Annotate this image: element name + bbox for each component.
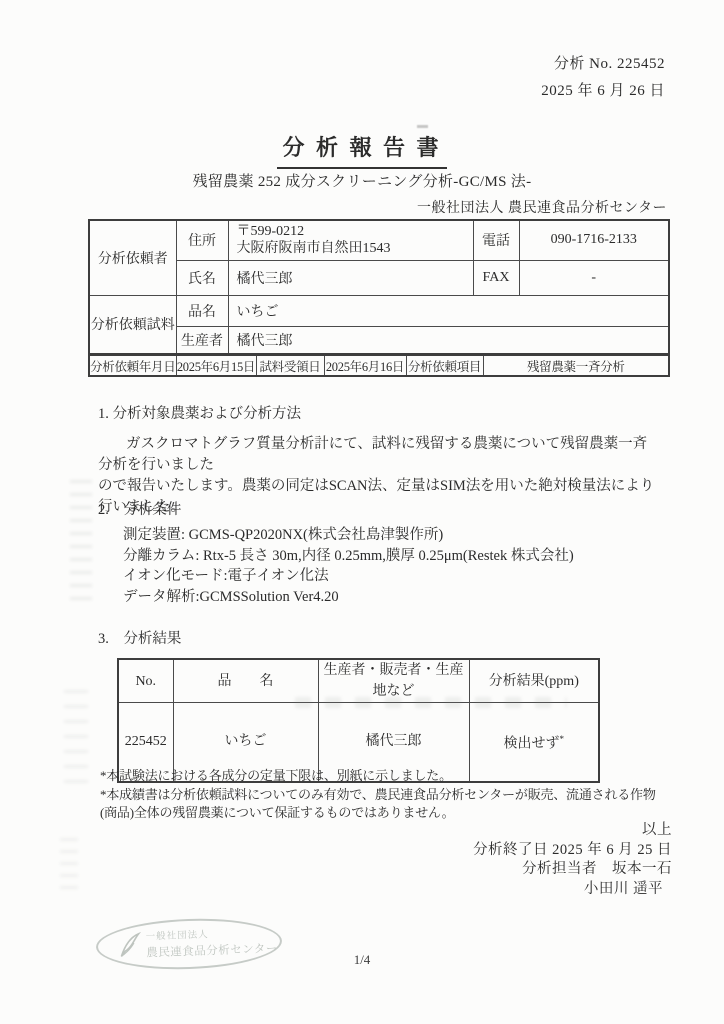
report-subtitle: 残留農薬 252 成分スクリーニング分析-GC/MS 法- xyxy=(0,170,724,191)
end-mark: 以上 xyxy=(473,821,672,841)
analyst-name: 分析担当者 坂本一石 xyxy=(473,860,672,880)
condition-ionization: イオン化モード:電子イオン化法 xyxy=(123,566,574,587)
request-date-value: 2025年6月15日 xyxy=(176,355,256,376)
producer-label: 生産者 xyxy=(176,326,228,354)
closing-block: 以上 分析終了日 2025 年 6 月 25 日 分析担当者 坂本一石 小田川 … xyxy=(473,821,672,899)
scan-artifact xyxy=(70,480,92,600)
address-value: 大阪府阪南市自然田1543 xyxy=(237,240,473,257)
request-item-value: 残留農薬一斉分析 xyxy=(483,355,669,376)
footnote-2: *本成績書は分析依頼試料についてのみ有効で、農民連食品分析センターが販売、流通さ… xyxy=(100,786,657,823)
completion-date: 分析終了日 2025 年 6 月 25 日 xyxy=(473,841,672,861)
request-item-label: 分析依頼項目 xyxy=(406,355,483,376)
producer-value: 橘代三郎 xyxy=(228,326,669,354)
request-info-tables: 分析依頼者 住所 〒599-0212 大阪府阪南市自然田1543 電話 090-… xyxy=(88,219,668,377)
analysis-report-page: 分析 No. 225452 2025 年 6 月 26 日 分 析 報 告 書 … xyxy=(0,0,724,1024)
section-analysis-results: 3. 分析結果 No. 品 名 生産者・販売者・生産地など 分析結果(ppm) … xyxy=(98,629,600,783)
scan-artifact xyxy=(417,125,428,128)
fax-value: - xyxy=(519,260,669,295)
section-analysis-conditions: 2. 分析条件 測定装置: GCMS-QP2020NX(株式会社島津製作所) 分… xyxy=(98,500,574,607)
section1-body-line1: ガスクロマトグラフ質量分析計にて、試料に残留する農薬について残留農薬一斉分析を行… xyxy=(98,434,658,476)
section1-heading: 1. 分析対象農薬および分析方法 xyxy=(98,404,658,425)
section2-heading: 2. 分析条件 xyxy=(98,500,574,521)
phone-label: 電話 xyxy=(473,220,519,260)
issue-date: 2025 年 6 月 26 日 xyxy=(541,78,665,105)
condition-instrument: 測定装置: GCMS-QP2020NX(株式会社島津製作所) xyxy=(123,525,574,546)
title-row: 分 析 報 告 書 xyxy=(0,131,724,169)
address-cell: 〒599-0212 大阪府阪南市自然田1543 xyxy=(228,220,473,260)
results-header-product: 品 名 xyxy=(173,659,318,703)
address-label: 住所 xyxy=(176,220,228,260)
results-table: No. 品 名 生産者・販売者・生産地など 分析結果(ppm) 225452 い… xyxy=(117,658,600,783)
scan-artifact xyxy=(60,838,78,893)
organization-name: 一般社団法人 農民連食品分析センター xyxy=(417,197,667,217)
postal-code: 〒599-0212 xyxy=(237,223,473,240)
results-header-no: No. xyxy=(118,659,173,703)
receipt-date-value: 2025年6月16日 xyxy=(324,355,406,376)
requester-label: 分析依頼者 xyxy=(89,220,176,295)
section3-heading: 3. 分析結果 xyxy=(98,629,600,650)
name-label: 氏名 xyxy=(176,260,228,295)
request-dates-table: 分析依頼年月日 2025年6月15日 試料受領日 2025年6月16日 分析依頼… xyxy=(88,354,670,377)
section2-lines: 測定装置: GCMS-QP2020NX(株式会社島津製作所) 分離カラム: Rt… xyxy=(123,525,574,607)
sample-label: 分析依頼試料 xyxy=(89,295,176,354)
condition-column: 分離カラム: Rtx-5 長さ 30m,内径 0.25mm,膜厚 0.25μm(… xyxy=(123,546,574,567)
fax-label: FAX xyxy=(473,260,519,295)
report-title: 分 析 報 告 書 xyxy=(277,131,446,169)
results-header-producer: 生産者・販売者・生産地など xyxy=(318,659,469,703)
condition-software: データ解析:GCMSSolution Ver4.20 xyxy=(123,587,574,608)
page-number: 1/4 xyxy=(0,952,724,968)
requester-sample-table: 分析依頼者 住所 〒599-0212 大阪府阪南市自然田1543 電話 090-… xyxy=(88,219,670,355)
result-footnote-mark: * xyxy=(560,734,565,744)
doc-meta: 分析 No. 225452 2025 年 6 月 26 日 xyxy=(541,51,665,105)
footnote-1: *本試験法における各成分の定量下限は、別紙に示しました。 xyxy=(100,767,657,786)
name-value: 橘代三郎 xyxy=(228,260,473,295)
phone-value: 090-1716-2133 xyxy=(519,220,669,260)
product-value: いちご xyxy=(228,295,669,326)
result-value-text: 検出せず xyxy=(504,737,560,752)
request-date-label: 分析依頼年月日 xyxy=(89,355,176,376)
scan-artifact xyxy=(64,690,88,790)
results-header-result: 分析結果(ppm) xyxy=(469,659,599,703)
product-label: 品名 xyxy=(176,295,228,326)
analysis-number: 分析 No. 225452 xyxy=(541,51,665,78)
analyst-name-2: 小田川 遥平 xyxy=(473,880,663,900)
footnotes: *本試験法における各成分の定量下限は、別紙に示しました。 *本成績書は分析依頼試… xyxy=(100,767,657,823)
results-header-row: No. 品 名 生産者・販売者・生産地など 分析結果(ppm) xyxy=(118,659,599,703)
receipt-date-label: 試料受領日 xyxy=(256,355,324,376)
